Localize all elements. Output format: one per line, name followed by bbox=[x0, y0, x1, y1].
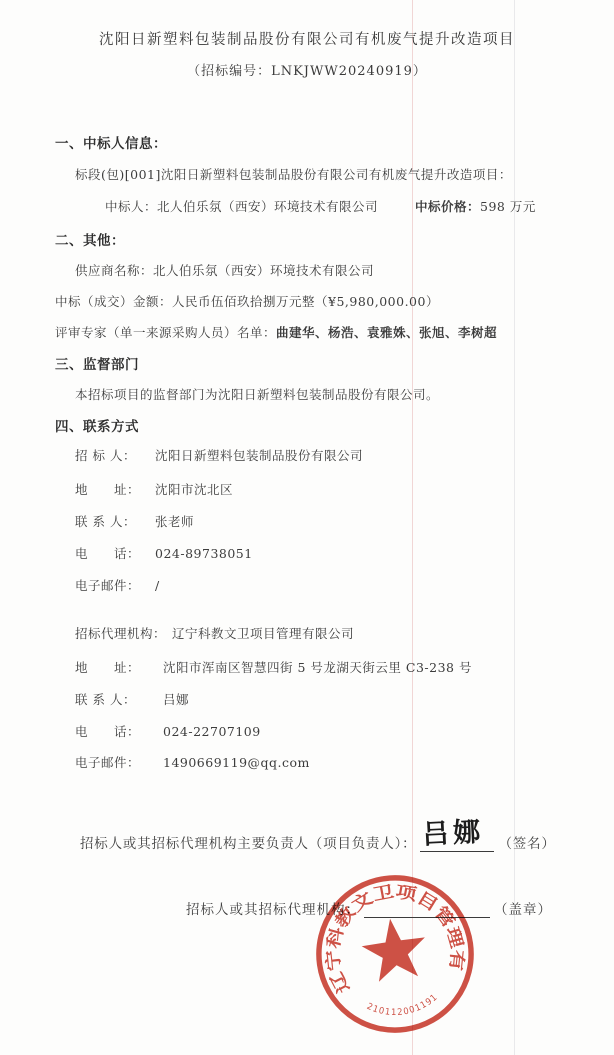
contact-row-tenderer-person: 联 系 人：张老师 bbox=[75, 512, 194, 530]
section-3-heading: 三、监督部门 bbox=[55, 353, 139, 373]
stamp-suffix: （盖章） bbox=[494, 898, 552, 918]
stamp-row: 招标人或其招标代理机构：（盖章） bbox=[186, 898, 552, 918]
scanned-document-page: 沈阳日新塑料包装制品股份有限公司有机废气提升改造项目 （招标编号：LNKJWW2… bbox=[0, 0, 614, 1055]
contact-value: 024-89738051 bbox=[155, 546, 253, 561]
experts-line: 评审专家（单一来源采购人员）名单：曲建华、杨浩、袁雅姝、张旭、李树超 bbox=[55, 323, 497, 341]
section-1-heading: 一、中标人信息： bbox=[55, 132, 167, 152]
stamp-underline bbox=[364, 903, 490, 918]
contact-row-tenderer-email: 电子邮件：/ bbox=[75, 576, 160, 594]
contact-row-tenderer-phone: 电 话：024-89738051 bbox=[75, 544, 253, 562]
contact-label: 地 址： bbox=[75, 658, 163, 676]
contact-value: 沈阳市浑南区智慧四街 5 号龙湖天街云里 C3-238 号 bbox=[163, 660, 472, 675]
contact-label: 电 话： bbox=[75, 722, 163, 740]
signature-label: 招标人或其招标代理机构主要负责人（项目负责人）： bbox=[80, 832, 416, 852]
experts-names: 曲建华、杨浩、袁雅姝、张旭、李树超 bbox=[276, 325, 497, 340]
contact-value: 沈阳市沈北区 bbox=[155, 482, 233, 497]
section-4-heading: 四、联系方式 bbox=[55, 415, 139, 435]
contact-label: 招标代理机构： bbox=[75, 624, 166, 642]
supplier-label: 供应商名称： bbox=[75, 263, 153, 278]
contact-label: 联 系 人： bbox=[75, 512, 155, 530]
winner-label: 中标人： bbox=[105, 199, 157, 214]
amount-label: 中标（成交）金额： bbox=[55, 294, 172, 309]
price-value: 598 万元 bbox=[480, 199, 536, 214]
winner-name: 北人伯乐氛（西安）环境技术有限公司 bbox=[157, 199, 378, 214]
contact-value: 吕娜 bbox=[163, 692, 189, 707]
signature-underline: 吕娜 bbox=[420, 837, 494, 852]
contact-row-agency-name: 招标代理机构：辽宁科教文卫项目管理有限公司 bbox=[75, 624, 354, 642]
scan-crease-line bbox=[412, 0, 413, 1055]
document-title: 沈阳日新塑料包装制品股份有限公司有机废气提升改造项目 bbox=[0, 28, 614, 49]
contact-row-agency-person: 联 系 人：吕娜 bbox=[75, 690, 189, 708]
contact-label: 电 话： bbox=[75, 544, 155, 562]
experts-label: 评审专家（单一来源采购人员）名单： bbox=[55, 325, 276, 340]
contact-row-agency-phone: 电 话：024-22707109 bbox=[75, 722, 261, 740]
amount-value: 人民币伍佰玖拾捌万元整（¥5,980,000.00） bbox=[172, 294, 439, 309]
seal-ring bbox=[309, 868, 481, 1040]
signature-suffix: （签名） bbox=[498, 832, 555, 852]
contact-value: 沈阳日新塑料包装制品股份有限公司 bbox=[155, 448, 363, 463]
handwritten-signature: 吕娜 bbox=[421, 809, 485, 851]
contact-row-tenderer-address: 地 址：沈阳市沈北区 bbox=[75, 480, 233, 498]
amount-line: 中标（成交）金额：人民币伍佰玖拾捌万元整（¥5,980,000.00） bbox=[55, 292, 439, 310]
contact-label: 联 系 人： bbox=[75, 690, 163, 708]
supervision-body: 本招标项目的监督部门为沈阳日新塑料包装制品股份有限公司。 bbox=[75, 385, 439, 403]
contact-value: 辽宁科教文卫项目管理有限公司 bbox=[172, 626, 354, 641]
seal-star bbox=[358, 914, 430, 983]
price-group: 中标价格：598 万元 bbox=[415, 197, 536, 215]
seal-number-text: 210112001191576 bbox=[300, 856, 442, 1030]
section-2-heading: 二、其他： bbox=[55, 229, 125, 249]
price-label: 中标价格： bbox=[415, 199, 480, 214]
contact-value: / bbox=[155, 578, 160, 593]
supplier-value: 北人伯乐氛（西安）环境技术有限公司 bbox=[153, 263, 374, 278]
contact-row-tenderer-name: 招 标 人：沈阳日新塑料包装制品股份有限公司 bbox=[75, 446, 363, 464]
winner-line: 中标人：北人伯乐氛（西安）环境技术有限公司 中标价格：598 万元 bbox=[105, 197, 585, 215]
contact-label: 电子邮件： bbox=[75, 753, 163, 771]
contact-value: 024-22707109 bbox=[163, 724, 261, 739]
company-seal: 辽宁科教文卫项目管理有限公司 210112001191576 bbox=[300, 855, 491, 1053]
scan-crease-line-2 bbox=[514, 0, 515, 1055]
supplier-line: 供应商名称：北人伯乐氛（西安）环境技术有限公司 bbox=[75, 261, 374, 279]
tender-number: （招标编号：LNKJWW20240919） bbox=[0, 60, 614, 79]
contact-label: 招 标 人： bbox=[75, 446, 155, 464]
contact-row-agency-address: 地 址：沈阳市浑南区智慧四街 5 号龙湖天街云里 C3-238 号 bbox=[75, 658, 472, 676]
stamp-label: 招标人或其招标代理机构： bbox=[186, 898, 360, 918]
contact-label: 电子邮件： bbox=[75, 576, 155, 594]
signature-row: 招标人或其招标代理机构主要负责人（项目负责人）：吕娜（签名） bbox=[80, 832, 556, 852]
lot-line: 标段(包)[001]沈阳日新塑料包装制品股份有限公司有机废气提升改造项目： bbox=[75, 165, 512, 183]
contact-row-agency-email: 电子邮件：1490669119@qq.com bbox=[75, 753, 310, 771]
contact-label: 地 址： bbox=[75, 480, 155, 498]
contact-value: 1490669119@qq.com bbox=[163, 755, 310, 770]
contact-value: 张老师 bbox=[155, 514, 194, 529]
seal-company-text: 辽宁科教文卫项目管理有限公司 bbox=[300, 855, 473, 1001]
